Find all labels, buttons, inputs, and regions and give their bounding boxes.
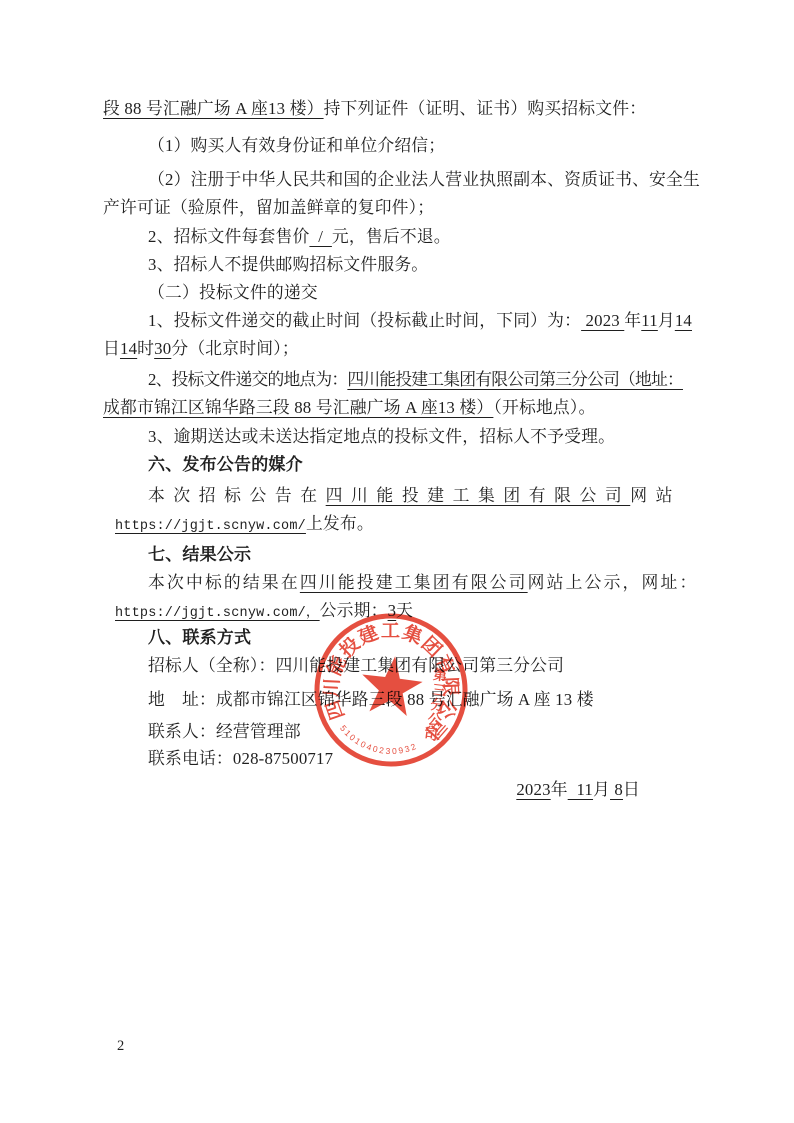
text-segment: 1、投标文件递交的截止时间（投标截止时间，下同）为： [148,311,581,330]
text-segment: 日 [103,339,120,358]
paragraph-line: 2、投标文件递交的地点为：四川能投建工集团有限公司第三分公司（地址： [148,369,683,391]
text-segment: 2、投标文件递交的地点为： [148,370,347,389]
section-heading: 六、发布公告的媒介 [148,454,303,476]
text-segment: 上发布。 [306,514,374,533]
text-segment: （二）投标文件的递交 [148,283,318,302]
paragraph-line: 2、招标文件每套售价 / 元，售后不退。 [148,226,451,248]
deadline-day: 14 [675,311,692,330]
heading-text: 六、发布公告的媒介 [148,455,303,474]
text-segment: 本次招标公告在 [148,486,326,505]
url-text: https://jgjt.scnyw.com/ [115,519,306,534]
paragraph-line: （1）购买人有效身份证和单位介绍信； [148,135,445,157]
text-segment: 月 [658,311,675,330]
text-segment: 网站 [630,486,681,505]
date-year: 2023 [516,780,550,799]
deadline-minute: 30 [154,339,171,358]
page-number: 2 [117,1038,124,1055]
paragraph-line: https://jgjt.scnyw.com/上发布。 [115,513,374,538]
paragraph-line: 3、招标人不提供邮购招标文件服务。 [148,254,428,276]
deadline-year: 2023 [581,311,624,330]
section-heading: 八、联系方式 [148,627,251,649]
subsection-title: （二）投标文件的递交 [148,282,318,304]
heading-text: 八、联系方式 [148,628,251,647]
text-segment: 年 [551,780,568,799]
text-segment: 年 [624,311,641,330]
paragraph-line: （2）注册于中华人民共和国的企业法人营业执照副本、资质证书、安全生 [148,169,700,191]
text-segment: 2、招标文件每套售价 [148,227,309,246]
date-month: 11 [568,780,593,799]
text-segment: 元，售后不退。 [332,227,451,246]
text-segment: 日 [623,780,640,799]
text-segment: （1）购买人有效身份证和单位介绍信； [148,136,445,155]
seal-serial-number: 5101040230932 [336,722,422,760]
paragraph-line: 段 88 号汇融广场 A 座13 楼）持下列证件（证明、证书）购买招标文件： [103,98,646,120]
seal-branch-char: 三 [431,682,447,700]
text-segment: 持下列证件（证明、证书）购买招标文件： [324,99,647,118]
seal-branch-char: 分 [430,696,446,715]
section-heading: 七、结果公示 [148,544,251,566]
seal-graphic: 四川能投建工集团有限公司 第 三 分 公 司 5101040230932 [268,567,513,812]
paragraph-line: 产许可证（验原件，留加盖鲜章的复印件）； [103,197,434,219]
paragraph-line: 成都市锦江区锦华路三段 88 号汇融广场 A 座13 楼）（开标地点）。 [103,397,595,419]
document-page: 段 88 号汇融广场 A 座13 楼）持下列证件（证明、证书）购买招标文件： （… [0,0,794,1123]
paragraph-line: 1、投标文件递交的截止时间（投标截止时间，下同）为： 2023 年11月14 [148,310,692,332]
text-segment: 3、逾期送达或未送达指定地点的投标文件，招标人不予受理。 [148,427,615,446]
text-segment: 3、招标人不提供邮购招标文件服务。 [148,255,428,274]
deadline-hour: 14 [120,339,137,358]
text-segment: 月 [593,780,610,799]
seal-branch-char: 第 [432,666,448,685]
star-icon [358,653,425,718]
paragraph-line: 本次招标公告在四川能投建工集团有限公司网站 [148,485,681,507]
company-name: 四川能投建工集团有限公司第三分公司（地址： [347,370,683,389]
date-day: 8 [610,780,623,799]
text-segment: （开标地点）。 [493,398,595,417]
text-segment: 产许可证（验原件，留加盖鲜章的复印件）； [103,198,434,217]
official-seal-stamp: 四川能投建工集团有限公司 第 三 分 公 司 5101040230932 [268,567,513,812]
text-segment: 网站上公示，网址： [528,573,699,592]
seal-branch-char: 司 [423,725,439,744]
paragraph-line: 日14时30分（北京时间）； [103,338,299,360]
paragraph-line: 3、逾期送达或未送达指定地点的投标文件，招标人不予受理。 [148,426,615,448]
text-segment: （2）注册于中华人民共和国的企业法人营业执照副本、资质证书、安全生 [148,170,700,189]
price-blank: / [309,227,331,246]
heading-text: 七、结果公示 [148,545,251,564]
company-name: 四川能投建工集团有限公司 [326,486,631,505]
text-segment: 本次中标的结果在 [148,573,300,592]
deadline-month: 11 [641,311,658,330]
date-line: 2023年 11月 8日 [516,779,640,801]
text-segment: 分（北京时间）； [171,339,298,358]
text-segment: 时 [137,339,154,358]
address-underlined: 成都市锦江区锦华路三段 88 号汇融广场 A 座13 楼） [103,398,493,417]
address-underlined: 段 88 号汇融广场 A 座13 楼） [103,99,324,118]
